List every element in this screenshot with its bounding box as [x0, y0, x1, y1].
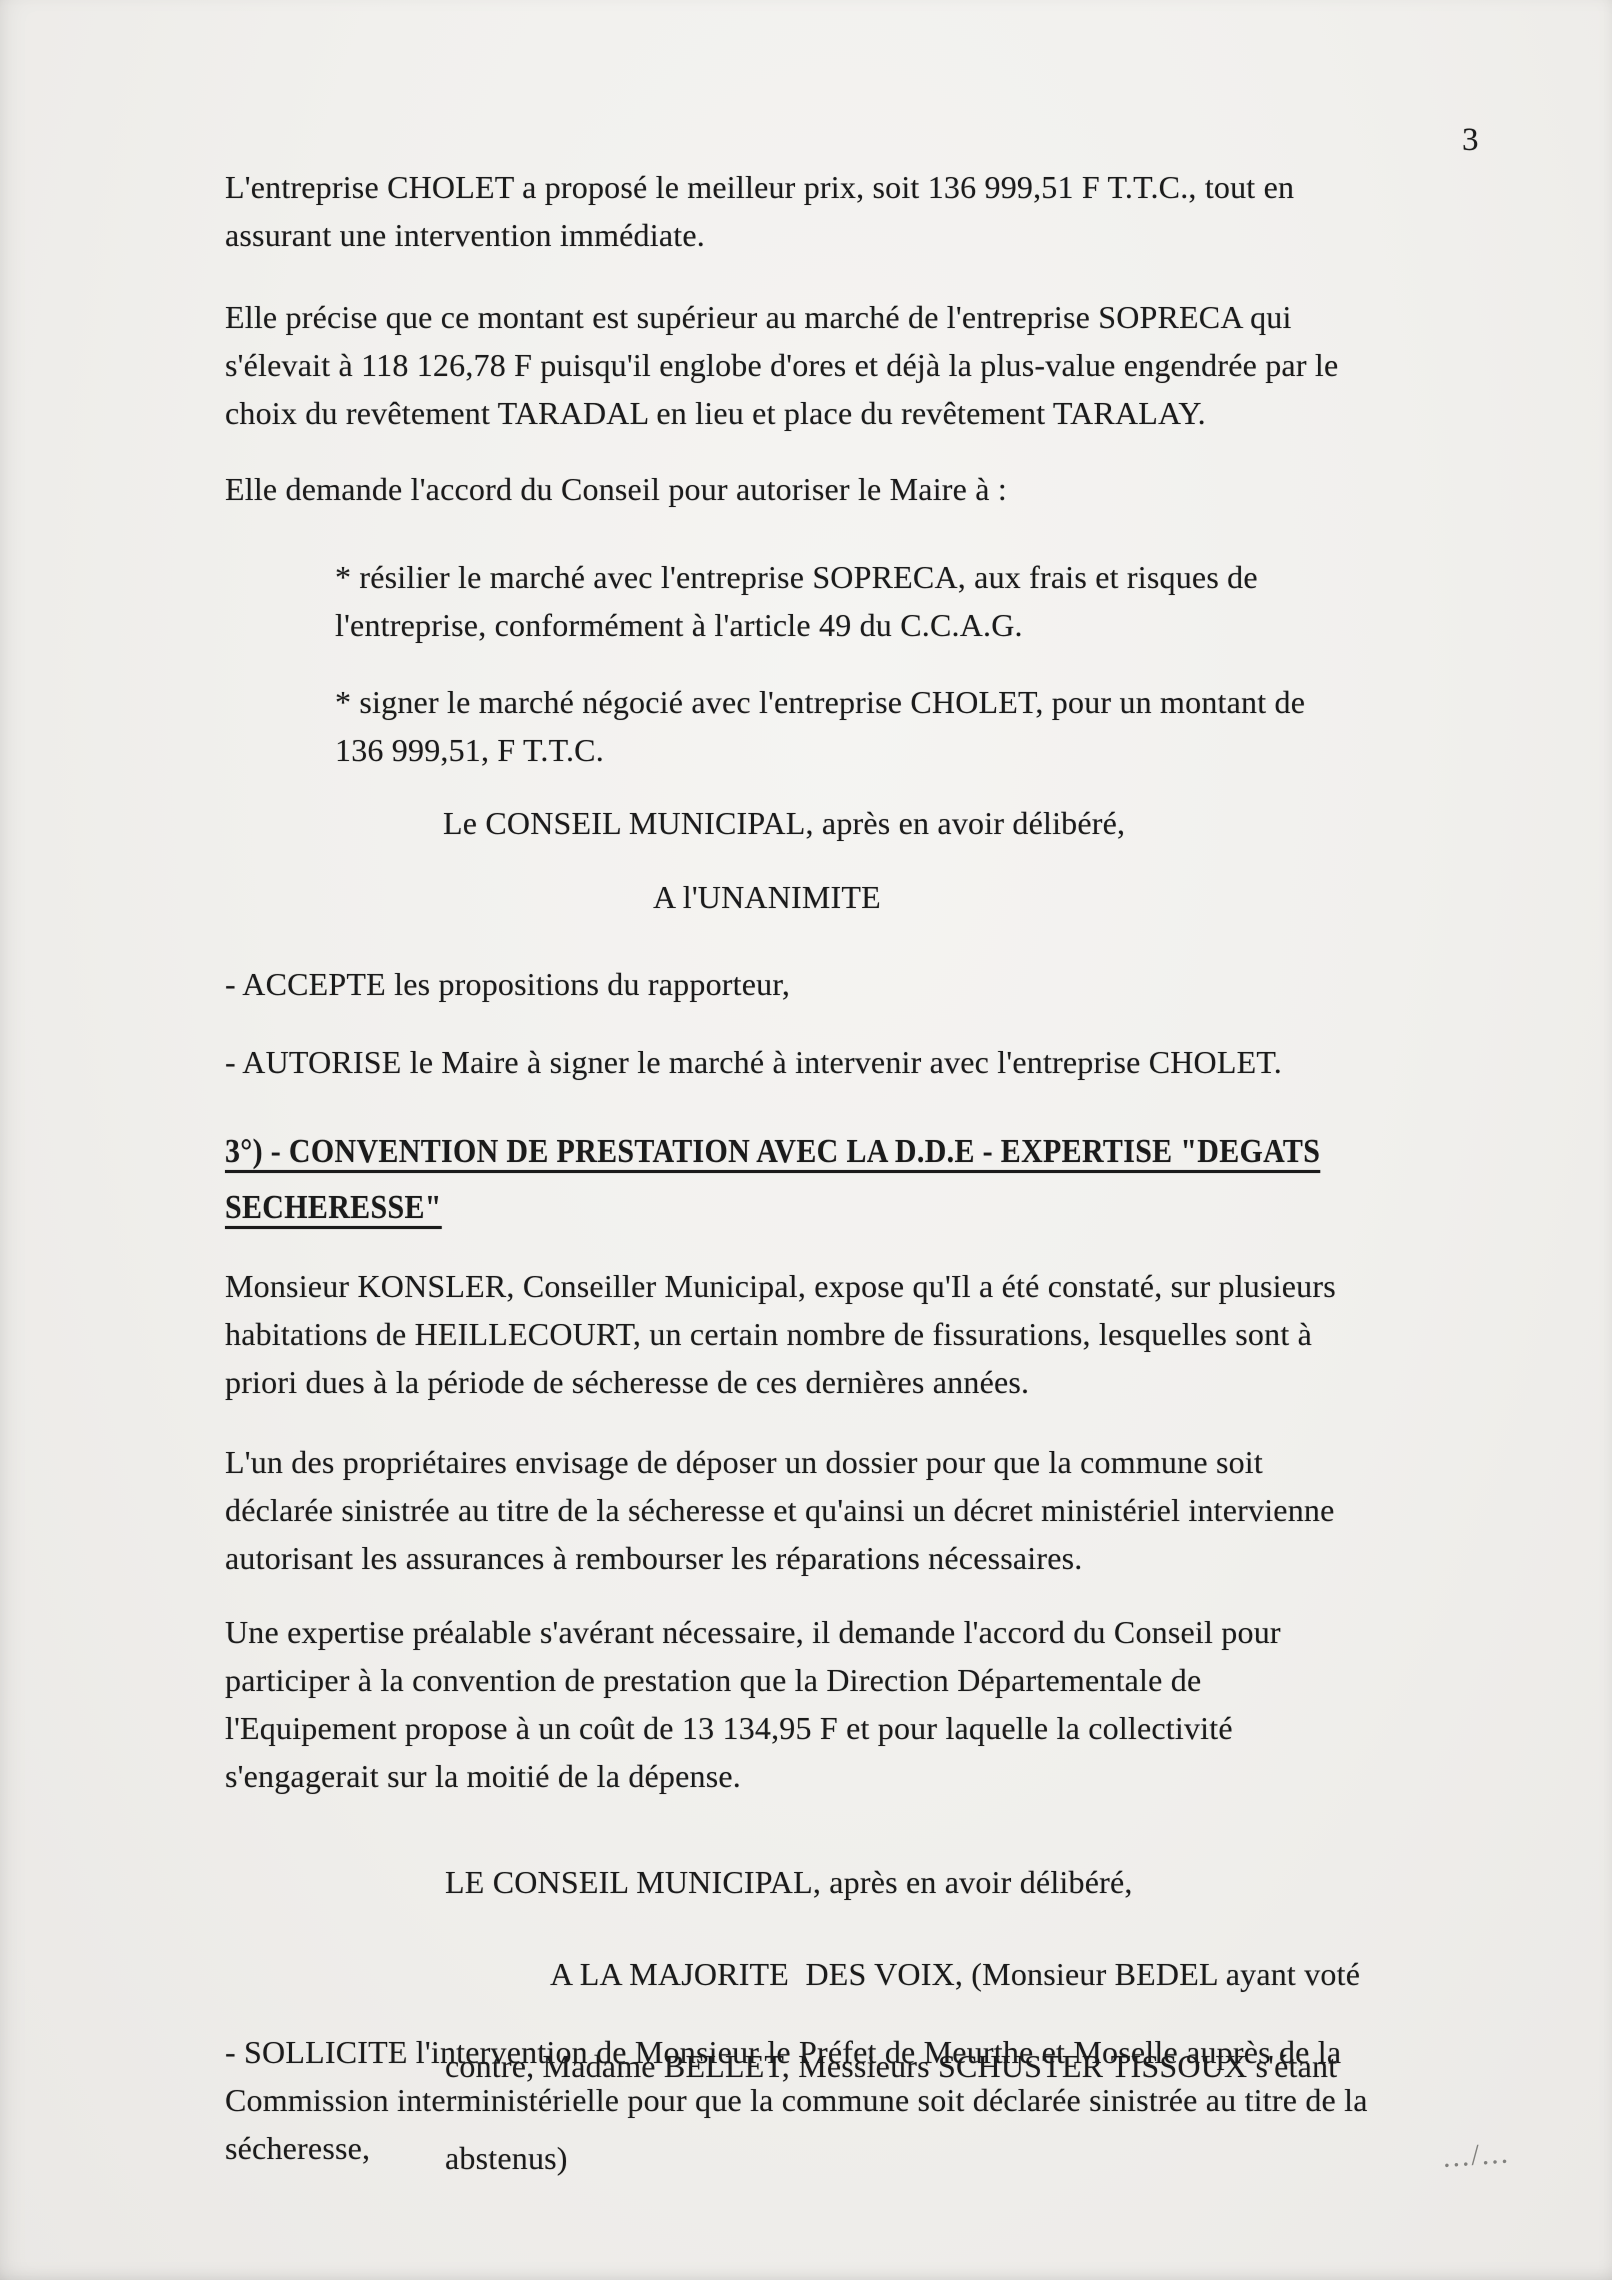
bullet-resilier: * résilier le marché avec l'entreprise S… — [335, 553, 1535, 649]
vote-line-1: LE CONSEIL MUNICIPAL, après en avoir dél… — [445, 1859, 1612, 1905]
bullet-signer: * signer le marché négocié avec l'entrep… — [335, 678, 1535, 774]
page-number: 3 — [1462, 116, 1562, 164]
paragraph-konsler: Monsieur KONSLER, Conseiller Municipal, … — [225, 1262, 1605, 1406]
paragraph-proprietaires: L'un des propriétaires envisage de dépos… — [225, 1438, 1605, 1582]
paragraph-sopreca-comparison: Elle précise que ce montant est supérieu… — [225, 293, 1605, 437]
council-deliberation-unanime: Le CONSEIL MUNICIPAL, après en avoir dél… — [443, 799, 1612, 847]
paragraph-cholet-offer: L'entreprise CHOLET a proposé le meilleu… — [225, 163, 1605, 259]
paragraph-expertise: Une expertise préalable s'avérant nécess… — [225, 1608, 1605, 1800]
decision-autorise: - AUTORISE le Maire à signer le marché à… — [225, 1038, 1605, 1086]
council-vote-unanimite: A l'UNANIMITE — [653, 873, 1612, 921]
document-page: 3 L'entreprise CHOLET a proposé le meill… — [0, 0, 1612, 2280]
section-heading: 3°) - CONVENTION DE PRESTATION AVEC LA D… — [225, 1124, 1612, 1236]
decision-accepte: - ACCEPTE les propositions du rapporteur… — [225, 960, 1605, 1008]
vote-line-2: A LA MAJORITE DES VOIX, (Monsieur BEDEL … — [550, 1951, 1612, 1997]
paragraph-demande-accord: Elle demande l'accord du Conseil pour au… — [225, 465, 1605, 513]
